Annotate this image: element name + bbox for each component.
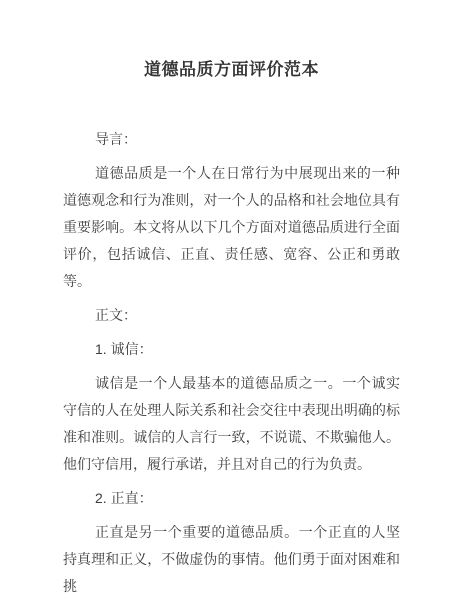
paragraph-integrity-body: 诚信是一个人最基本的道德品质之一。一个诚实守信的人在处理人际关系和社会交往中表现… <box>63 370 400 478</box>
section-label-1-integrity: 1. 诚信： <box>63 336 400 363</box>
section-label-2-uprightness: 2. 正直： <box>63 485 400 512</box>
section-label-main-text: 正文： <box>63 302 400 329</box>
document-title: 道德品质方面评价范本 <box>63 0 400 83</box>
section-label-introduction: 导言： <box>63 126 400 153</box>
document-page: 道德品质方面评价范本 导言： 道德品质是一个人在日常行为中展现出来的一种道德观念… <box>0 0 463 600</box>
paragraph-uprightness-body-clipped: 正直是另一个重要的道德品质。一个正直的人坚持真理和正义，不做虚伪的事情。他们勇于… <box>63 519 400 600</box>
paragraph-introduction-body: 道德品质是一个人在日常行为中展现出来的一种道德观念和行为准则，对一个人的品格和社… <box>63 160 400 295</box>
